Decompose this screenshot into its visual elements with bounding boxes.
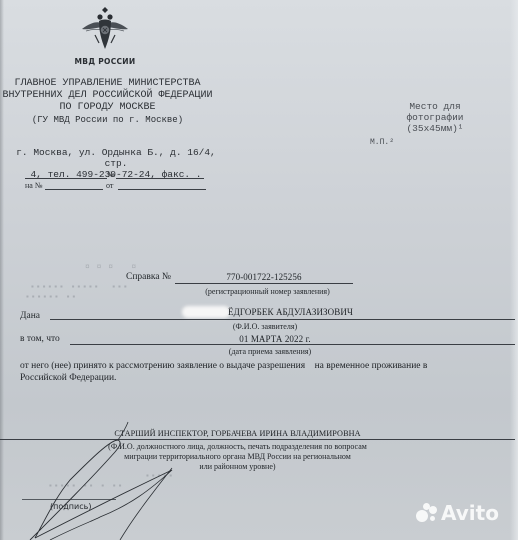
stamp-place-label: М.П.² (370, 138, 394, 147)
agency-address: г. Москва, ул. Ордынка Б., д. 16/4, стр.… (5, 147, 227, 180)
signature-caption: (подпись) (50, 502, 91, 511)
application-date-line (70, 344, 515, 345)
outgoing-number-field[interactable] (116, 178, 204, 179)
emblem-caption: МВД РОССИИ (60, 57, 150, 66)
application-date: 01 МАРТА 2022 г. (210, 334, 340, 344)
avito-brand-text: Avito (441, 501, 499, 525)
agency-line: ПО ГОРОДУ МОСКВЕ (0, 102, 215, 114)
agency-line: ГЛАВНОЕ УПРАВЛЕНИЕ МИНИСТЕРСТВА (0, 78, 215, 90)
signature-line (22, 499, 116, 500)
in-that-label: в том, что (20, 334, 60, 344)
photo-line: Место для (390, 101, 480, 112)
photo-line: фотографии (390, 112, 480, 123)
body-line: Российской Федерации. (20, 372, 470, 384)
agency-header: ГЛАВНОЕ УПРАВЛЕНИЕ МИНИСТЕРСТВА ВНУТРЕНН… (0, 78, 215, 126)
applicant-name-line (50, 319, 515, 320)
avito-watermark: Avito (414, 501, 499, 525)
photo-placeholder: Место для фотографии (35x45мм)¹ (390, 101, 480, 134)
applicant-caption: (Ф.И.О. заявителя) (220, 322, 310, 331)
photo-line: (35x45мм)¹ (390, 123, 480, 134)
official-caption: (Ф.И.О. должностного лица, должность, пе… (80, 442, 395, 472)
document-page: МВД РОССИИ ГЛАВНОЕ УПРАВЛЕНИЕ МИНИСТЕРСТ… (0, 0, 518, 540)
bleed-through-text: ▪▪▪▪▪▪ ▪▪▪▪▪ ▪▪▪ (30, 283, 129, 292)
applicant-name: ЁДГОРБЕК АБДУЛАЗИЗОВИЧ (228, 307, 358, 317)
issued-to-label: Дана (20, 311, 40, 321)
certificate-body: от него (нее) принято к рассмотрению зая… (20, 360, 470, 384)
outgoing-number-label: № (107, 170, 115, 179)
bleed-through-text: ▪▪▪▪▪ ▪▪ ▪ ▪▪ (48, 482, 123, 491)
outgoing-date-line (25, 178, 107, 179)
official-caption-line: или районном уровне) (80, 462, 395, 472)
reply-from-label: от (106, 181, 113, 190)
double-headed-eagle-emblem-icon (80, 5, 130, 53)
reply-to-number-field[interactable] (45, 189, 103, 190)
bleed-through-text: ¤ ¤ ¤ ¤ (85, 263, 137, 272)
reply-to-number-label: на № (25, 181, 42, 190)
certificate-number: 770-001722-125256 (176, 272, 352, 282)
redacted-surname (182, 306, 230, 318)
application-date-caption: (дата приема заявления) (215, 347, 325, 356)
certificate-number-caption: (регистрационный номер заявления) (180, 287, 355, 296)
address-line: г. Москва, ул. Ордынка Б., д. 16/4, стр. (5, 147, 227, 169)
official-caption-line: (Ф.И.О. должностного лица, должность, пе… (80, 442, 395, 452)
certificate-label: Справка № (126, 272, 171, 282)
official-name-line (0, 439, 515, 440)
page-edge-right (510, 0, 518, 540)
official-caption-line: миграции территориального органа МВД Рос… (80, 452, 395, 462)
handwritten-signature (0, 420, 260, 540)
official-name: СТАРШИЙ ИНСПЕКТОР, ГОРБАЧЕВА ИРИНА ВЛАДИ… (80, 429, 395, 438)
agency-line: ВНУТРЕННИХ ДЕЛ РОССИЙСКОЙ ФЕДЕРАЦИИ (0, 90, 215, 102)
avito-logo-icon (414, 502, 438, 524)
agency-abbreviation: (ГУ МВД России по г. Москве) (0, 114, 215, 126)
body-line: от него (нее) принято к рассмотрению зая… (20, 360, 470, 372)
reply-from-date-field[interactable] (118, 189, 206, 190)
bleed-through-text: ▪▪▪▪▪ (145, 472, 174, 481)
bleed-through-text: ▪▪▪▪▪▪ ▪▪ (25, 293, 77, 302)
certificate-number-line (175, 283, 353, 284)
